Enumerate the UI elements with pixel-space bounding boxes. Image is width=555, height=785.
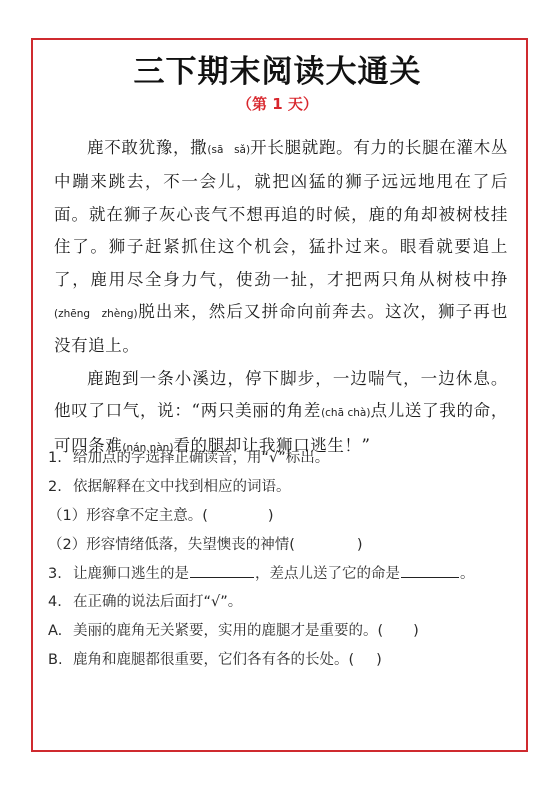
question-3: 3.让鹿狮口逃生的是，差点儿送了它的命是。 (48, 560, 508, 589)
question-text: 。 (460, 566, 475, 582)
paragraph-text: 鹿不敢犹豫，撒 (87, 138, 207, 157)
page-title: 三下期末阅读大通关 (0, 52, 555, 92)
question-2-1: （1）形容拿不定主意。() (48, 502, 508, 531)
question-number: 3. (48, 560, 73, 589)
question-text: （2）形容情绪低落，失望懊丧的神情( (48, 537, 295, 553)
fill-in-blank-2[interactable] (401, 562, 459, 578)
paren-close: ) (268, 508, 274, 524)
passage-paragraph-1: 鹿不敢犹豫，撒(sā sǎ)开长腿就跑。有力的长腿在灌木丛中蹦来跳去，不一会儿，… (54, 132, 508, 363)
question-text: （1）形容拿不定主意。( (48, 508, 208, 524)
question-list: 1.给加点的字选择正确读音，用“√”标出。 2.依据解释在文中找到相应的词语。 … (48, 444, 508, 675)
pinyin-options: (sā sǎ) (207, 144, 250, 156)
question-number: 1. (48, 444, 73, 473)
paren-close: ) (376, 652, 382, 668)
question-text: 依据解释在文中找到相应的词语。 (73, 479, 291, 495)
question-4: 4.在正确的说法后面打“√”。 (48, 588, 508, 617)
option-b: B.鹿角和鹿腿都很重要，它们各有各的长处。() (48, 646, 508, 675)
question-number: 4. (48, 588, 73, 617)
paragraph-text: 开长腿就跑。有力的长腿在灌木丛中蹦来跳去，不一会儿，就把凶猛的狮子远远地甩在了后… (54, 138, 508, 289)
pinyin-options: (zhēng zhèng) (54, 308, 138, 320)
question-2-2: （2）形容情绪低落，失望懊丧的神情() (48, 531, 508, 560)
option-a: A.美丽的鹿角无关紧要，实用的鹿腿才是重要的。() (48, 617, 508, 646)
option-letter: B. (48, 646, 73, 675)
question-text: 让鹿狮口逃生的是 (73, 566, 189, 582)
paren-close: ) (413, 623, 419, 639)
pinyin-options: (chā chà) (321, 407, 370, 419)
question-text: 给加点的字选择正确读音，用“√”标出。 (73, 450, 329, 466)
question-2: 2.依据解释在文中找到相应的词语。 (48, 473, 508, 502)
option-text: 美丽的鹿角无关紧要，实用的鹿腿才是重要的。( (73, 623, 383, 639)
day-subtitle: （第 1 天） (0, 93, 555, 115)
paren-close: ) (357, 537, 363, 553)
option-letter: A. (48, 617, 73, 646)
question-1: 1.给加点的字选择正确读音，用“√”标出。 (48, 444, 508, 473)
reading-passage: 鹿不敢犹豫，撒(sā sǎ)开长腿就跑。有力的长腿在灌木丛中蹦来跳去，不一会儿，… (54, 132, 508, 464)
fill-in-blank-1[interactable] (190, 562, 254, 578)
option-text: 鹿角和鹿腿都很重要，它们各有各的长处。( (73, 652, 354, 668)
question-text: 在正确的说法后面打“√”。 (73, 594, 242, 610)
question-number: 2. (48, 473, 73, 502)
question-text: ，差点儿送了它的命是 (255, 566, 400, 582)
